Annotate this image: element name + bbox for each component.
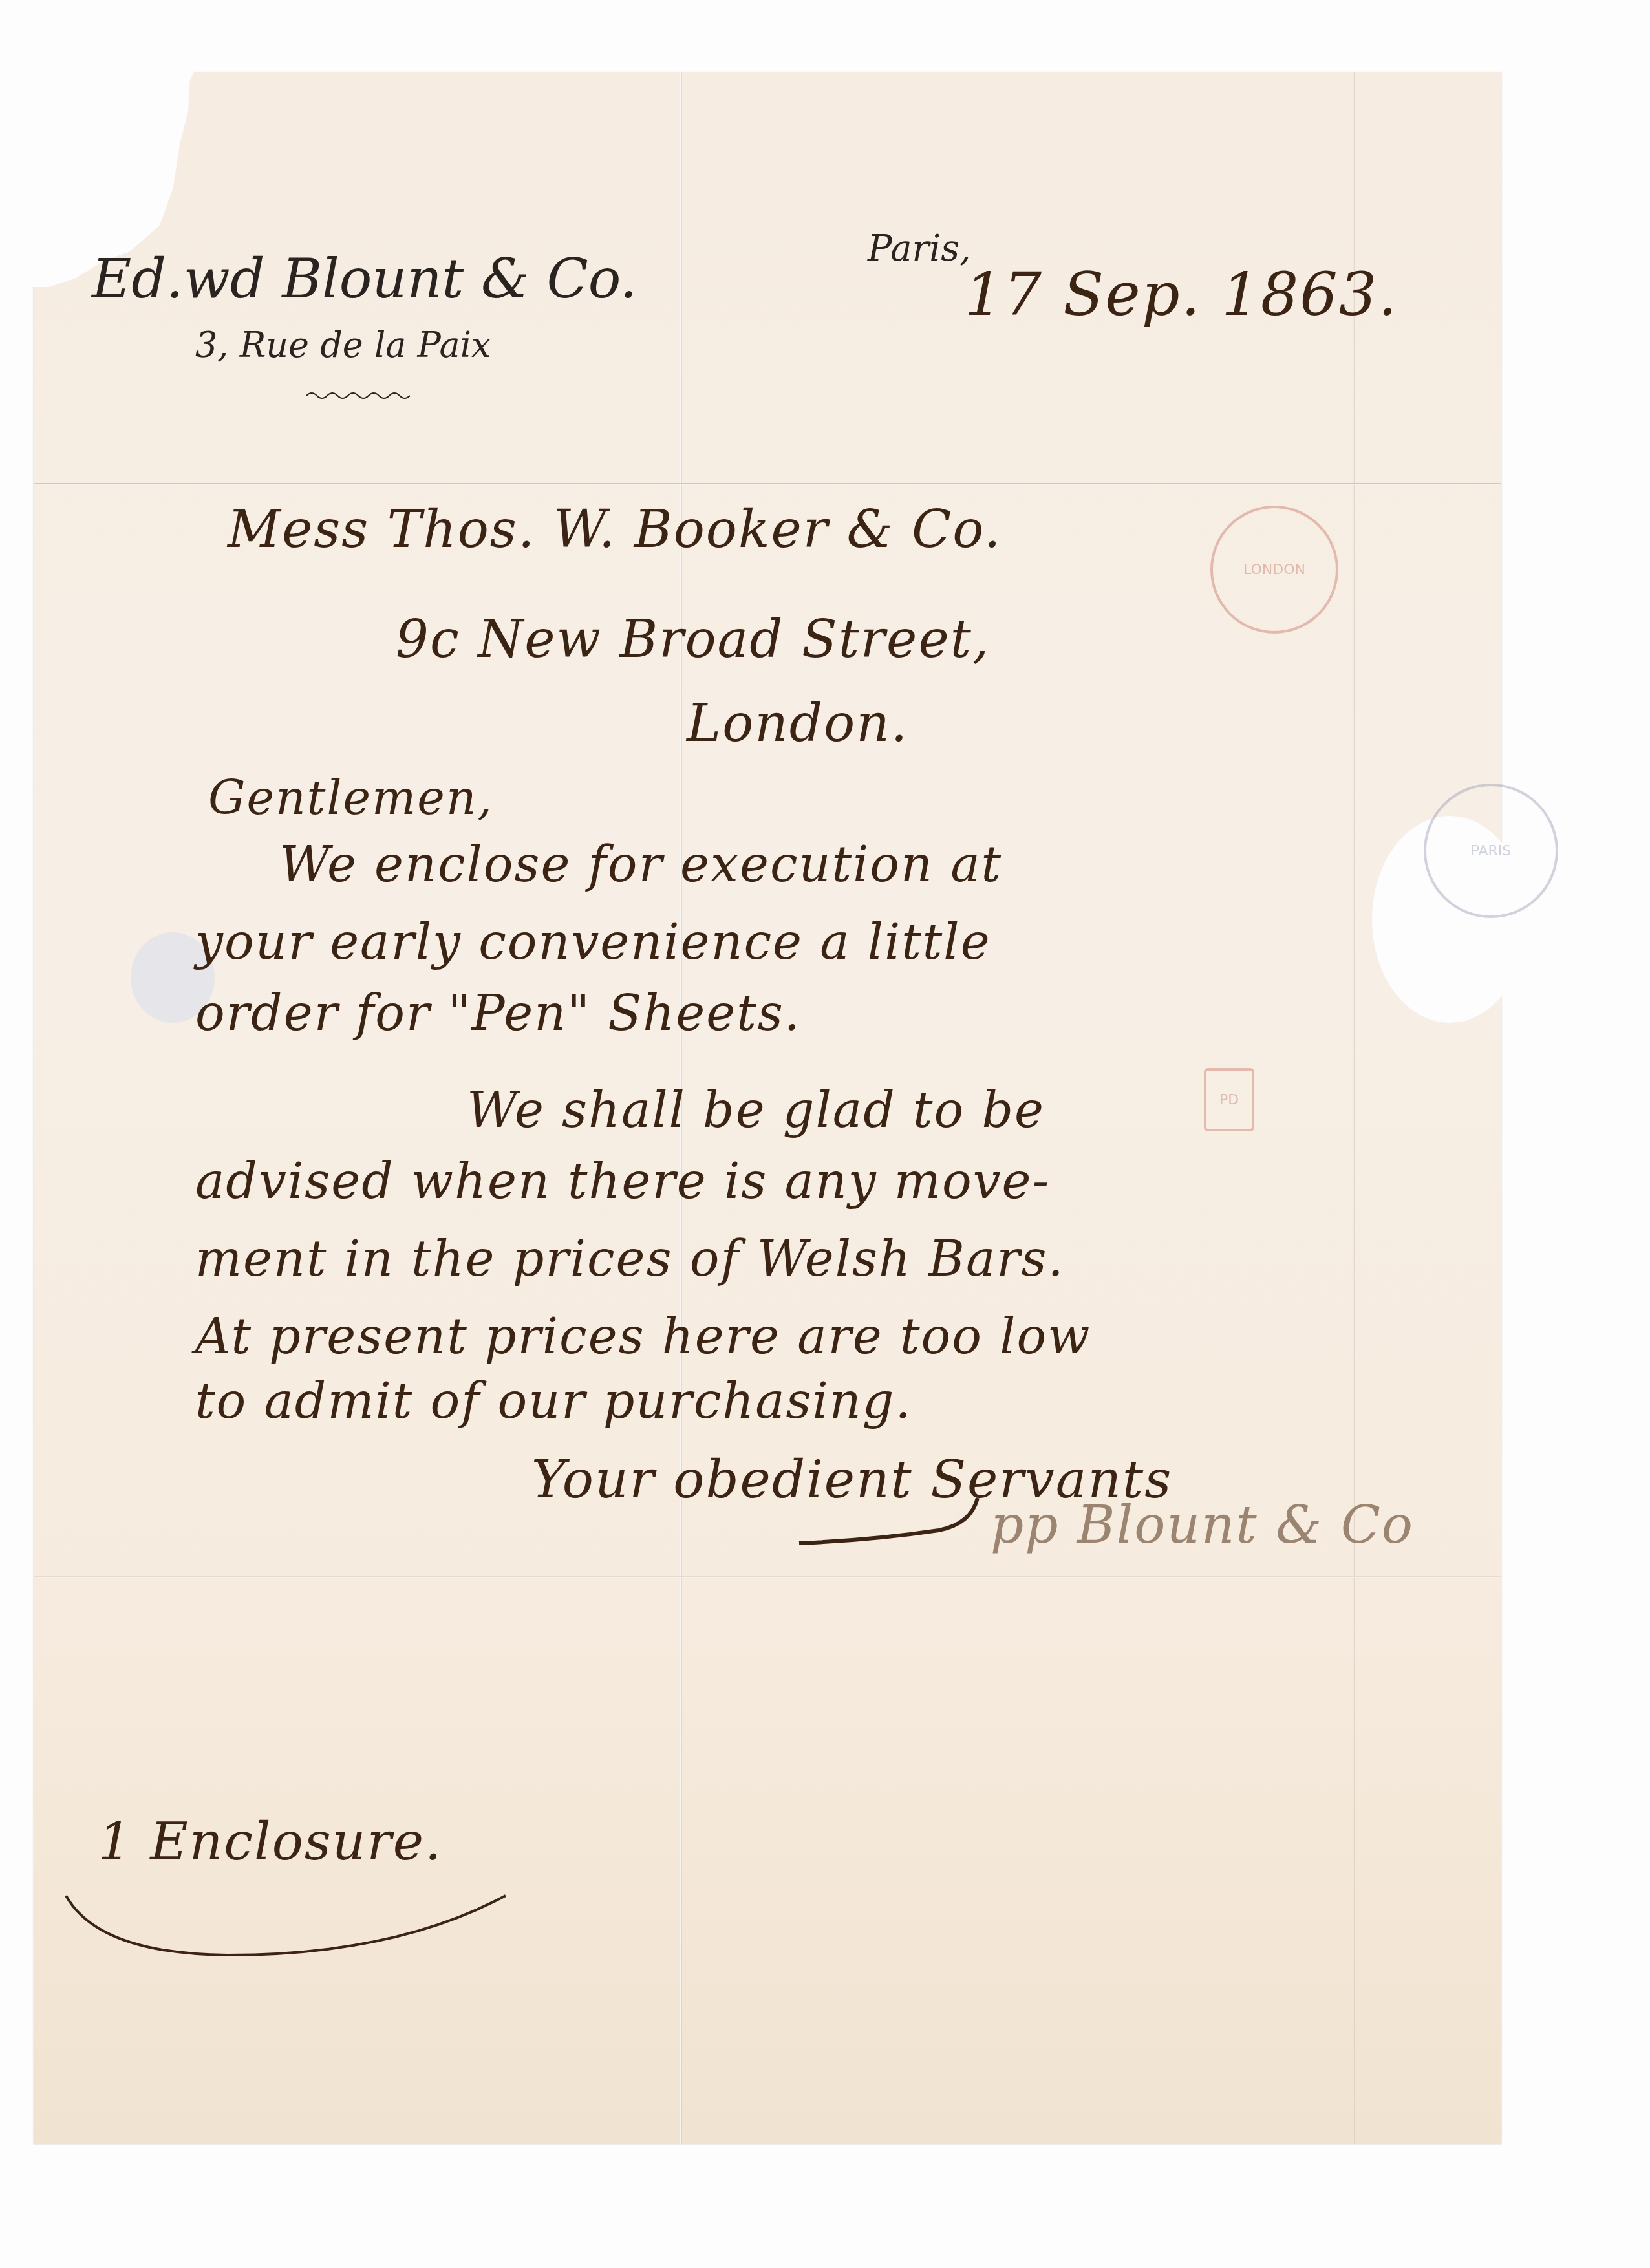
body-line: order for "Pen" Sheets. (195, 984, 801, 1042)
body-line: advised when there is any move- (195, 1152, 1050, 1210)
postmark-text: PARIS (1471, 843, 1512, 859)
salutation: Gentlemen, (208, 771, 493, 825)
dateline-date: 17 Sep. 1863. (965, 260, 1398, 329)
postmark-text: PD (1219, 1092, 1239, 1108)
body-line: to admit of our purchasing. (195, 1372, 912, 1429)
letterhead-firm: Ed.wd Blount & Co. (92, 247, 637, 310)
dateline-place: Paris, (868, 228, 971, 270)
paris-postmark: PARIS (1424, 784, 1558, 918)
body-line: We enclose for execution at (279, 835, 1002, 893)
body-line: At present prices here are too low (195, 1307, 1091, 1365)
addressee-line-1: Mess Thos. W. Booker & Co. (228, 499, 1002, 559)
fold-line-horizontal (34, 483, 1501, 485)
enclosure-note: 1 Enclosure. (98, 1812, 442, 1872)
addressee-line-3: London. (687, 693, 908, 753)
body-line: ment in the prices of Welsh Bars. (195, 1230, 1065, 1287)
fold-line-horizontal (34, 1576, 1501, 1578)
letterhead-flourish (305, 389, 415, 402)
body-line: We shall be glad to be (467, 1081, 1045, 1139)
letterhead-address: 3, Rue de la Paix (195, 325, 491, 365)
fold-line-vertical (1353, 72, 1355, 2144)
signature: pp Blount & Co (991, 1495, 1414, 1555)
pd-box-stamp: PD (1204, 1068, 1254, 1131)
closing-underline-flourish (797, 1495, 991, 1553)
body-line: your early convenience a little (195, 913, 991, 970)
postmark-text: LONDON (1243, 562, 1305, 578)
addressee-line-2: 9c New Broad Street, (396, 609, 990, 669)
enclosure-flourish (59, 1883, 512, 1967)
london-postmark: LONDON (1210, 506, 1338, 634)
letter-sheet: LONDON PARIS PD Ed.wd Blount & Co. 3, Ru… (34, 72, 1501, 2144)
